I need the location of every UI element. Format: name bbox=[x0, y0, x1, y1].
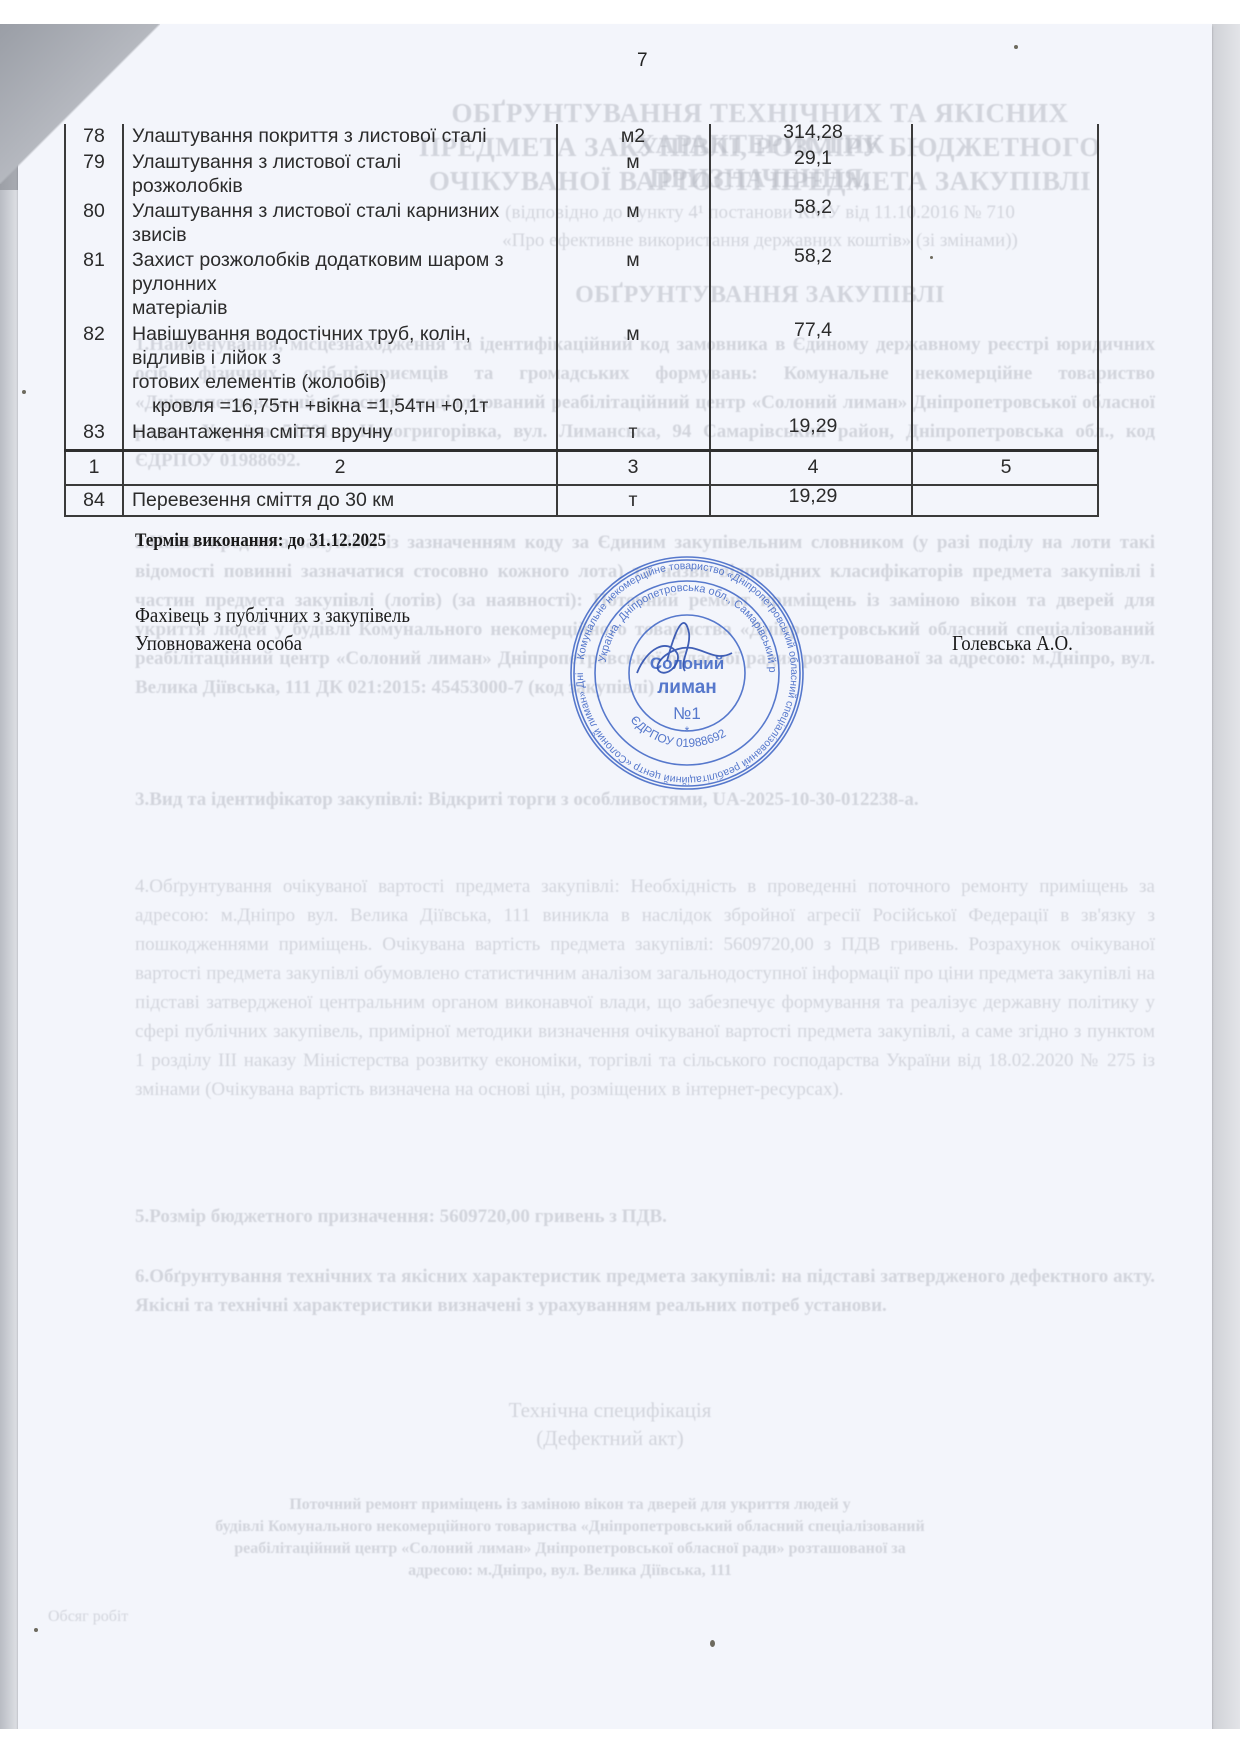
ghost-spec-line-1: Поточний ремонт приміщень із заміною вік… bbox=[40, 1496, 1100, 1514]
ghost-spec-line-4: адресою: м.Дніпро, вул. Велика Діївська,… bbox=[40, 1562, 1100, 1580]
ghost-paragraph-4: 4.Обґрунтування очікуваної вартості пред… bbox=[135, 872, 1155, 1172]
signer-role-line-1: Фахівець з публічних з закупівель bbox=[135, 603, 410, 628]
svg-text:Солоний: Солоний bbox=[650, 654, 724, 673]
row-number: 78 bbox=[66, 124, 122, 149]
row-number: 81 bbox=[66, 248, 122, 273]
svg-text:*: * bbox=[685, 724, 690, 738]
svg-text:лиман: лиман bbox=[657, 677, 717, 698]
scan-speck bbox=[710, 1640, 715, 1647]
row-description-cont: матеріалів bbox=[132, 296, 227, 321]
scanner-edge-right bbox=[1212, 24, 1240, 1732]
row-quantity: 314,28 bbox=[738, 120, 888, 145]
signer-role-line-2: Уповноважена особа bbox=[135, 631, 302, 656]
header-row-top-border bbox=[64, 449, 1099, 452]
row-description-cont: розжолобків bbox=[132, 174, 243, 199]
row-description: Улаштування покриття з листової сталі bbox=[132, 124, 487, 149]
row-unit: м bbox=[558, 199, 708, 224]
row-description: Улаштування з листової сталі bbox=[132, 150, 401, 175]
row-unit: т bbox=[558, 488, 708, 513]
ghost-spec-subtitle: (Дефектний акт) bbox=[330, 1426, 890, 1451]
column-number-5: 5 bbox=[913, 455, 1099, 480]
row-number: 82 bbox=[66, 322, 122, 347]
row-description: Захист розжолобків додатковим шаром з bbox=[132, 248, 504, 273]
row-description: Перевезення сміття до 30 км bbox=[132, 488, 394, 513]
header-row-bottom-border bbox=[64, 484, 1099, 486]
ghost-heading: ОБҐРУНТУВАННЯ ЗАКУПІВЛІ bbox=[330, 282, 1190, 309]
row-description-cont: готових елементів (жолобів) bbox=[132, 370, 386, 395]
row-number: 80 bbox=[66, 199, 122, 224]
row-description-cont: відливів і лійок з bbox=[132, 346, 281, 371]
table-border-bottom bbox=[64, 515, 1099, 517]
row-description-cont: звисів bbox=[132, 223, 187, 248]
row-unit: м bbox=[558, 248, 708, 273]
row-quantity: 19,29 bbox=[738, 414, 888, 439]
column-number-3: 3 bbox=[558, 455, 708, 480]
row-unit: м bbox=[558, 150, 708, 175]
signer-name: Голевська А.О. bbox=[952, 631, 1073, 656]
svg-text:№1: №1 bbox=[673, 704, 701, 723]
scan-speck bbox=[930, 256, 933, 259]
scan-speck bbox=[34, 1628, 38, 1632]
stamp-seal-icon: Комунальне некомерційне товариство «Дніп… bbox=[567, 553, 807, 793]
row-quantity: 29,1 bbox=[738, 146, 888, 171]
scan-speck bbox=[1014, 45, 1018, 49]
row-description: Улаштування з листової сталі карнизних bbox=[132, 199, 499, 224]
row-number: 84 bbox=[66, 488, 122, 513]
ghost-spec-title: Технічна специфікація bbox=[330, 1398, 890, 1423]
row-unit: т bbox=[558, 420, 708, 445]
column-number-2: 2 bbox=[124, 455, 556, 480]
row-quantity: 77,4 bbox=[738, 318, 888, 343]
row-number: 79 bbox=[66, 150, 122, 175]
scan-speck bbox=[22, 390, 26, 394]
row-description: Навантаження сміття вручну bbox=[132, 420, 392, 445]
row-quantity: 58,2 bbox=[738, 244, 888, 269]
row-unit: м2 bbox=[558, 124, 708, 149]
row-unit: м bbox=[558, 322, 708, 347]
column-number-4: 4 bbox=[738, 455, 888, 480]
row-quantity: 58,2 bbox=[738, 195, 888, 220]
ghost-spec-line-3: реабілітаційний центр «Солоний лиман» Дн… bbox=[40, 1540, 1100, 1558]
scanner-edge-left bbox=[0, 190, 18, 1735]
calculation-note: кровля =16,75тн +вікна =1,54тн +0,1т bbox=[152, 394, 488, 419]
row-quantity: 19,29 bbox=[738, 484, 888, 509]
official-stamp: Комунальне некомерційне товариство «Дніп… bbox=[567, 553, 807, 793]
row-description: Навішування водостічних труб, колін, bbox=[132, 322, 471, 347]
row-number: 83 bbox=[66, 420, 122, 445]
ghost-footer: Обсяг робіт bbox=[48, 1608, 128, 1626]
deadline-text: Термін виконання: до 31.12.2025 bbox=[135, 530, 386, 552]
ghost-spec-line-2: будівлі Комунального некомерційного това… bbox=[40, 1518, 1100, 1536]
page-number: 7 bbox=[637, 50, 648, 72]
row-description-cont: рулонних bbox=[132, 272, 217, 297]
scan-margin-bottom bbox=[0, 1729, 1240, 1755]
column-divider-3 bbox=[709, 124, 711, 517]
column-number-1: 1 bbox=[66, 455, 122, 480]
ghost-paragraph-5: 5.Розмір бюджетного призначення: 5609720… bbox=[135, 1202, 1155, 1231]
ghost-paragraph-6: 6.Обґрунтування технічних та якісних хар… bbox=[135, 1262, 1155, 1320]
